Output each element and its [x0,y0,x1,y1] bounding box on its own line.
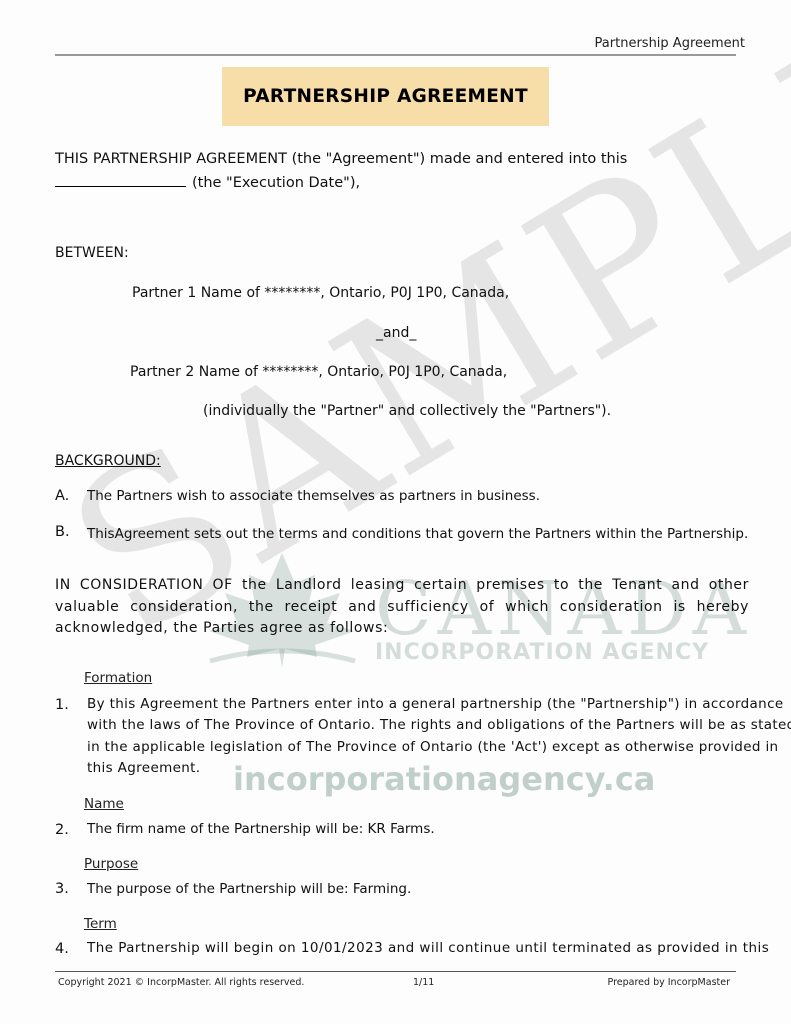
partner-2: Partner 2 Name of ********, Ontario, P0J… [130,364,507,380]
footer-copyright: Copyright 2021 © IncorpMaster. All right… [58,977,304,988]
clause-number-2: 2. [55,822,69,838]
brand-watermark-sub: INCORPORATION AGENCY [375,640,709,665]
footer-prepared-by: Prepared by IncorpMaster [608,977,730,988]
partners-definition: (individually the "Partner" and collecti… [203,403,611,419]
background-item-a: The Partners wish to associate themselve… [87,488,540,504]
intro-line-1: THIS PARTNERSHIP AGREEMENT (the "Agreeme… [55,151,627,167]
clause-text-2: The firm name of the Partnership will be… [87,821,435,837]
background-marker-b: B. [55,524,70,540]
clause-text-4: The Partnership will begin on 10/01/2023… [87,940,769,956]
footer-divider [55,971,736,972]
clause-heading-name: Name [84,796,124,812]
background-item-b: ThisAgreement sets out the terms and con… [87,526,748,542]
background-heading: BACKGROUND: [55,453,161,469]
between-label: BETWEEN: [55,245,129,261]
clause-number-3: 3. [55,881,69,897]
execution-date-blank[interactable] [55,174,186,187]
running-header: Partnership Agreement [595,36,745,51]
intro-line-2-text: (the "Execution Date"), [192,175,360,191]
background-marker-a: A. [55,488,69,504]
and-separator: _and_ [376,325,416,341]
clause-number-1: 1. [55,697,69,713]
clause-heading-purpose: Purpose [84,856,138,872]
intro-line-2: (the "Execution Date"), [55,174,360,191]
title-banner: PARTNERSHIP AGREEMENT [222,67,549,126]
clause-number-4: 4. [55,941,69,957]
document-title: PARTNERSHIP AGREEMENT [243,86,528,107]
header-divider [55,54,736,56]
clause-text-3: The purpose of the Partnership will be: … [87,881,411,897]
clause-text-1: By this Agreement the Partners enter int… [87,694,791,779]
consideration-paragraph: IN CONSIDERATION OF the Landlord leasing… [55,575,749,640]
partner-1: Partner 1 Name of ********, Ontario, P0J… [132,285,509,301]
clause-heading-formation: Formation [84,670,152,686]
clause-heading-term: Term [84,916,117,932]
page-number: 1/11 [413,977,434,988]
